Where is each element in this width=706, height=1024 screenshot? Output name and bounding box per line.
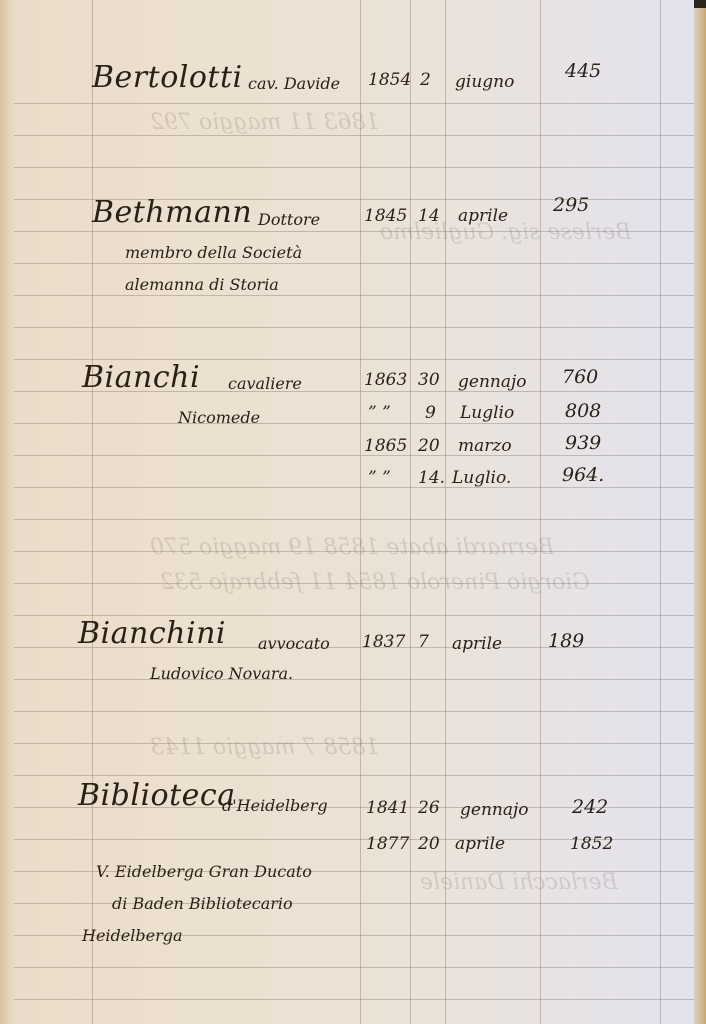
bleed-through-text: 1863 11 maggio 792 [150, 110, 379, 135]
row-rule [14, 423, 694, 424]
record-number: 189 [548, 630, 584, 652]
page-binding-edge [0, 0, 14, 1024]
entry-detail: di Baden Bibliotecario [112, 894, 293, 913]
entry-detail: V. Eidelberga Gran Ducato [96, 862, 312, 881]
record-number: 1852 [570, 834, 613, 854]
record-month: aprile [458, 206, 508, 226]
record-day: 30 [418, 370, 440, 390]
record-number: 939 [565, 432, 601, 454]
row-rule [14, 103, 694, 104]
row-rule [14, 967, 694, 968]
record-year: 1865 [364, 436, 407, 456]
record-number: 964. [562, 464, 604, 486]
row-rule [14, 775, 694, 776]
row-rule [14, 327, 694, 328]
record-number: 760 [562, 366, 598, 388]
record-day: 20 [418, 834, 440, 854]
row-rule [14, 679, 694, 680]
record-day: 14 [418, 206, 440, 226]
record-month: gennajo [458, 372, 526, 392]
record-month: aprile [455, 834, 505, 854]
record-day: 7 [418, 632, 429, 652]
record-year: 1841 [366, 798, 409, 818]
entry-name: Biblioteca [78, 778, 236, 813]
record-year: 1863 [364, 370, 407, 390]
record-year: ” ” [368, 403, 391, 423]
record-year: ” ” [368, 468, 391, 488]
bleed-through-text: Giorgio Pinerolo 1854 11 febbrajo 532 [160, 570, 590, 595]
page-right-edge [694, 0, 706, 1024]
record-day: 20 [418, 436, 440, 456]
record-day: 2 [420, 70, 431, 90]
record-year: 1854 [368, 70, 411, 90]
entry-name: Bianchini [78, 616, 226, 651]
record-month: aprile [452, 634, 502, 654]
entry-title: cavaliere [228, 374, 302, 393]
ledger-page: 1863 11 maggio 792 Berlese sig. Guglielm… [0, 0, 706, 1024]
record-number: 445 [565, 60, 601, 82]
row-rule [14, 135, 694, 136]
record-number: 295 [553, 194, 589, 216]
entry-title: d'Heidelberg [222, 796, 328, 815]
record-day: 14. [418, 468, 445, 488]
entry-title: avvocato [258, 634, 330, 653]
entry-detail: alemanna di Storia [125, 275, 279, 294]
record-year: 1837 [362, 632, 405, 652]
row-rule [14, 167, 694, 168]
record-year: 1877 [366, 834, 409, 854]
entry-detail: Ludovico Novara. [150, 664, 293, 683]
record-month: Luglio [460, 403, 514, 423]
row-rule [14, 263, 694, 264]
record-month: gennajo [460, 800, 528, 820]
entry-detail: Heidelberga [82, 926, 183, 945]
record-number: 808 [565, 400, 601, 422]
record-year: 1845 [364, 206, 407, 226]
entry-name: Bianchi [82, 360, 200, 395]
record-day: 26 [418, 798, 440, 818]
page-corner-shadow [694, 0, 706, 8]
bleed-through-text: Bernardi abate 1858 19 maggio 570 [150, 535, 554, 560]
bleed-through-text: Berlacchi Daniele [420, 870, 618, 895]
entry-name: Bertolotti [92, 60, 243, 95]
row-rule [14, 711, 694, 712]
row-rule [14, 295, 694, 296]
bleed-through-text: 1858 7 maggio 1143 [150, 735, 379, 760]
entry-name: Bethmann [92, 195, 252, 230]
entry-detail: Nicomede [178, 408, 260, 427]
row-rule [14, 487, 694, 488]
record-number: 242 [572, 796, 608, 818]
entry-title: cav. Davide [248, 74, 340, 93]
row-rule [14, 455, 694, 456]
record-month: giugno [455, 72, 514, 92]
record-day: 9 [425, 403, 436, 423]
record-month: Luglio. [452, 468, 511, 488]
entry-title: Dottore [258, 210, 320, 229]
row-rule [14, 519, 694, 520]
entry-detail: membro della Società [125, 243, 302, 262]
row-rule [14, 999, 694, 1000]
record-month: marzo [458, 436, 512, 456]
